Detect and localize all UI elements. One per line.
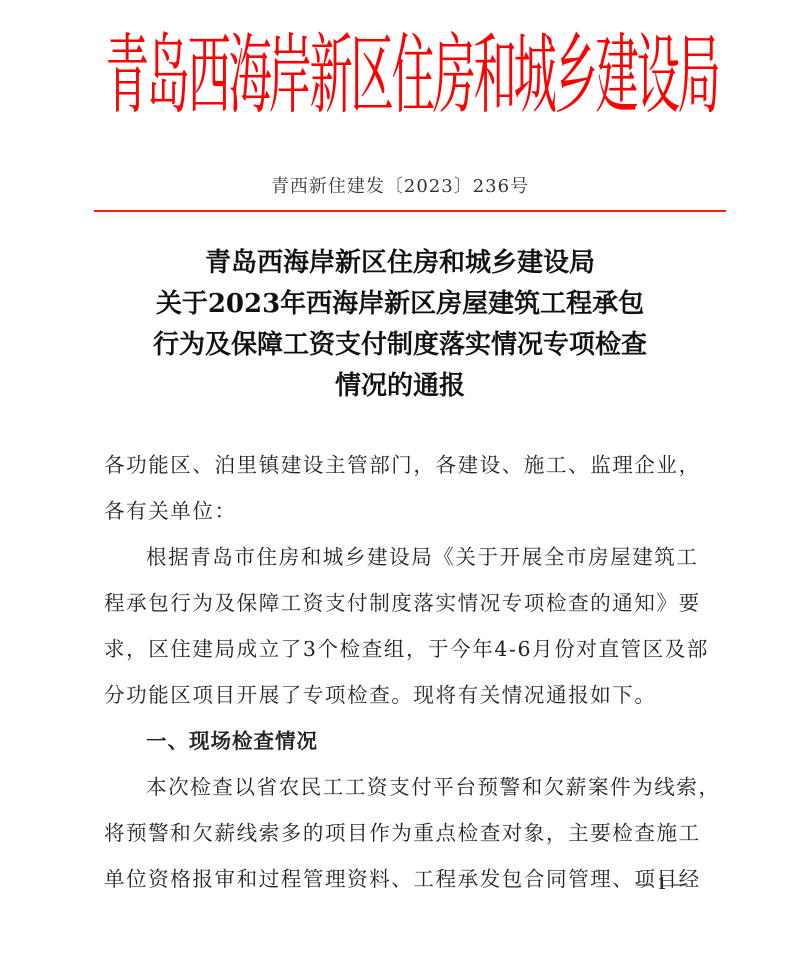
masthead-char: 设 [637, 6, 666, 145]
masthead-char: 房 [432, 6, 461, 145]
masthead-char: 住 [392, 6, 421, 145]
masthead-char: 青 [106, 6, 135, 145]
masthead-char: 岸 [269, 6, 298, 145]
title-line: 情况的通报 [0, 366, 800, 407]
addressee-line: 各功能区、泊里镇建设主管部门，各建设、施工、监理企业， [104, 442, 714, 488]
red-divider [94, 210, 726, 212]
masthead-char: 建 [596, 6, 625, 145]
masthead-char: 新 [310, 6, 339, 145]
masthead-char: 岛 [146, 6, 175, 145]
page-number: — 1 — [636, 874, 688, 893]
paragraph-line: 将预警和欠薪线索多的项目作为重点检查对象，主要检查施工 [104, 810, 714, 856]
masthead-title: 青 岛 西 海 岸 新 区 住 房 和 城 乡 建 设 局 [100, 28, 712, 124]
paragraph-line: 程承包行为及保障工资支付制度落实情况专项检查的通知》要 [104, 580, 714, 626]
masthead-char: 和 [473, 6, 502, 145]
masthead-char: 西 [187, 6, 216, 145]
title-line: 行为及保障工资支付制度落实情况专项检查 [0, 325, 800, 366]
masthead-char: 区 [351, 6, 380, 145]
title-line: 关于2023年西海岸新区房屋建筑工程承包 [0, 284, 800, 325]
paragraph-line: 本次检查以省农民工工资支付平台预警和欠薪案件为线索， [104, 764, 714, 810]
document-title: 青岛西海岸新区住房和城乡建设局 关于2023年西海岸新区房屋建筑工程承包 行为及… [0, 243, 800, 407]
masthead-char: 城 [514, 6, 543, 145]
addressee-line: 各有关单位： [104, 488, 714, 534]
paragraph-line: 单位资格报审和过程管理资料、工程承发包合同管理、项目经 [104, 856, 714, 902]
title-line: 青岛西海岸新区住房和城乡建设局 [0, 243, 800, 284]
document-body: 各功能区、泊里镇建设主管部门，各建设、施工、监理企业， 各有关单位： 根据青岛市… [104, 442, 714, 902]
section-heading: 一、现场检查情况 [104, 718, 714, 764]
masthead-char: 乡 [555, 6, 584, 145]
document-number: 青西新住建发〔2023〕236号 [0, 172, 800, 198]
masthead-char: 局 [677, 6, 706, 145]
paragraph-line: 分功能区项目开展了专项检查。现将有关情况通报如下。 [104, 672, 714, 718]
paragraph-line: 根据青岛市住房和城乡建设局《关于开展全市房屋建筑工 [104, 534, 714, 580]
masthead-char: 海 [228, 6, 257, 145]
paragraph-line: 求，区住建局成立了3个检查组，于今年4-6月份对直管区及部 [104, 626, 714, 672]
